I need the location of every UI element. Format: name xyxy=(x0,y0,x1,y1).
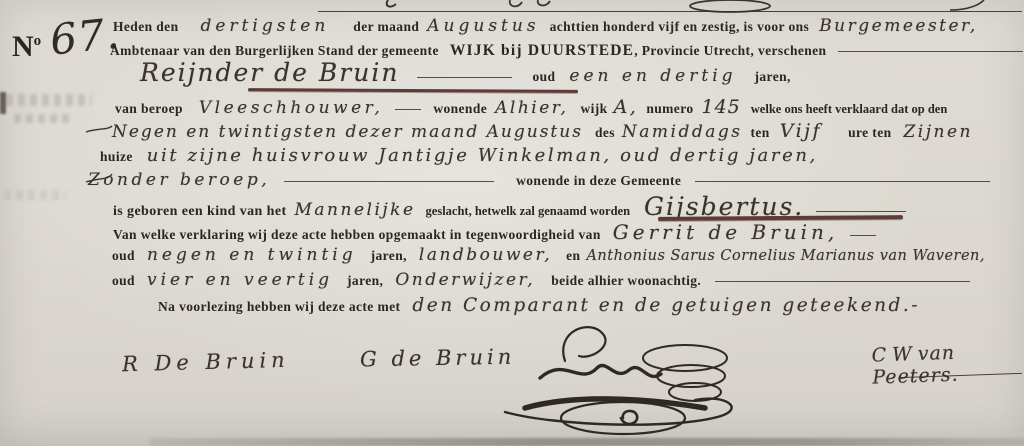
witness2-age: vier en veertig xyxy=(147,270,333,290)
witness1-age: negen en twintig xyxy=(147,245,357,265)
filler-rule xyxy=(395,109,421,110)
maroon-underline-declarant xyxy=(248,88,578,93)
signature-van-peeters: C W van Peeters. xyxy=(871,339,1024,388)
form-line-mother: huize uit zijne huisvrouw Jantigje Winke… xyxy=(100,145,818,171)
bleed-through-mark xyxy=(4,190,66,200)
birth-hour: Vijf xyxy=(780,120,822,142)
declarant-age: een en dertig xyxy=(569,66,736,86)
printed-text: van beroep xyxy=(115,101,183,116)
filler-rule xyxy=(417,77,512,78)
witness1-occupation: landbouwer, xyxy=(419,245,552,265)
printed-text: wijk xyxy=(580,101,607,116)
residence-wijk: A, xyxy=(614,96,639,118)
filler-rule xyxy=(695,181,990,182)
printed-text: oud xyxy=(532,69,555,84)
printed-text: oud xyxy=(112,248,135,263)
margin-stroke-hooks xyxy=(84,124,114,194)
act-number-label: No xyxy=(12,30,41,64)
birth-daypart: Namiddags xyxy=(622,122,743,142)
mother-occupation: Zonder beroep, xyxy=(88,170,270,190)
printed-text: wonende xyxy=(433,101,487,116)
printed-text: wonende in deze Gemeente xyxy=(516,173,681,188)
municipality-name: WIJK bij DUURSTEDE xyxy=(450,42,634,59)
printed-text: oud xyxy=(112,273,135,288)
signature-r-de-bruin: R De Bruin xyxy=(122,348,290,376)
residence-number: 145 xyxy=(702,96,741,118)
signature-flourish-van-waveren xyxy=(495,316,785,438)
birth-day-month: Negen en twintigsten dezer maand Augustu… xyxy=(112,122,583,142)
witness1-name: Gerrit de Bruin, xyxy=(613,220,839,244)
form-line-declarant: Reijnder de Bruin oud een en dertig jare… xyxy=(140,58,791,92)
signature-g-de-bruin: G de Bruin xyxy=(360,345,516,372)
filler-rule xyxy=(850,235,876,236)
declarant-name: Reijnder de Bruin xyxy=(140,58,399,87)
printed-text: Heden den xyxy=(113,19,178,34)
handwritten-official: Burgemeester, xyxy=(819,16,978,36)
birth-location-word: Zijnen xyxy=(904,122,973,142)
bleed-through-mark xyxy=(6,94,92,106)
bleed-through-mark xyxy=(14,114,70,123)
printed-text: jaren, xyxy=(755,69,791,84)
printed-text: des xyxy=(595,125,615,140)
printed-text: Na voorlezing hebben wij deze acte met xyxy=(158,299,400,314)
mother-name-and-age: uit zijne huisvrouw Jantigje Winkelman, … xyxy=(147,145,818,166)
filler-rule xyxy=(838,51,1023,52)
handwritten-month: Augustus xyxy=(427,16,539,36)
child-gender: Mannelijke xyxy=(295,200,416,220)
witness2-name: Anthonius Sarus Cornelius Marianus van W… xyxy=(586,248,985,264)
printed-text: beide alhier woonachtig. xyxy=(551,273,701,288)
form-line-witness1: Van welke verklaring wij deze acte hebbe… xyxy=(113,220,876,246)
handwritten-day: dertigsten xyxy=(200,16,329,36)
closing-handwritten: den Comparant en de getuigen geteekend.- xyxy=(412,295,920,316)
form-line-witness2-details: oud vier en veertig jaren, Onderwijzer, … xyxy=(112,270,970,296)
printed-text: numero xyxy=(646,101,693,116)
birth-certificate-scan: No 67. Heden den dertigsten der maand Au… xyxy=(0,0,1024,446)
printed-text: Van welke verklaring wij deze acte hebbe… xyxy=(113,227,601,242)
printed-text: jaren, xyxy=(347,273,383,288)
form-line-residence: van beroep Vleeschhouwer, wonende Alhier… xyxy=(115,96,947,122)
printed-text: ten xyxy=(750,125,769,140)
form-line-date: Heden den dertigsten der maand Augustus … xyxy=(113,16,978,42)
printed-text: , Provincie Utrecht, verschenen xyxy=(634,43,826,58)
printed-text: geslacht, hetwelk zal genaamd worden xyxy=(426,204,631,218)
form-line-birthdate: Negen en twintigsten dezer maand Augustu… xyxy=(112,120,973,146)
witness2-occupation: Onderwijzer, xyxy=(395,270,535,290)
printed-text: en xyxy=(566,248,580,263)
printed-text: jaren, xyxy=(371,248,407,263)
printed-text: der maand xyxy=(353,19,419,34)
filler-rule xyxy=(284,181,494,182)
printed-text: achttien honderd vijf en zestig, is voor… xyxy=(550,19,810,34)
edge-smudge xyxy=(0,92,6,114)
printed-text: ure ten xyxy=(848,125,891,140)
form-line-witness2: oud negen en twintig jaren, landbouwer, … xyxy=(112,245,985,271)
filler-rule xyxy=(816,211,906,212)
filler-rule xyxy=(715,281,970,282)
scan-bottom-shadow xyxy=(150,438,1024,446)
printed-text: Ambtenaar van den Burgerlijken Stand der… xyxy=(110,43,439,58)
declarant-occupation: Vleeschhouwer, xyxy=(199,98,383,118)
printed-text: welke ons heeft verklaard dat op den xyxy=(751,102,948,116)
printed-text: is geboren een kind van het xyxy=(113,204,287,219)
residence-place: Alhier, xyxy=(495,98,568,118)
top-separator-rule xyxy=(318,11,1022,12)
